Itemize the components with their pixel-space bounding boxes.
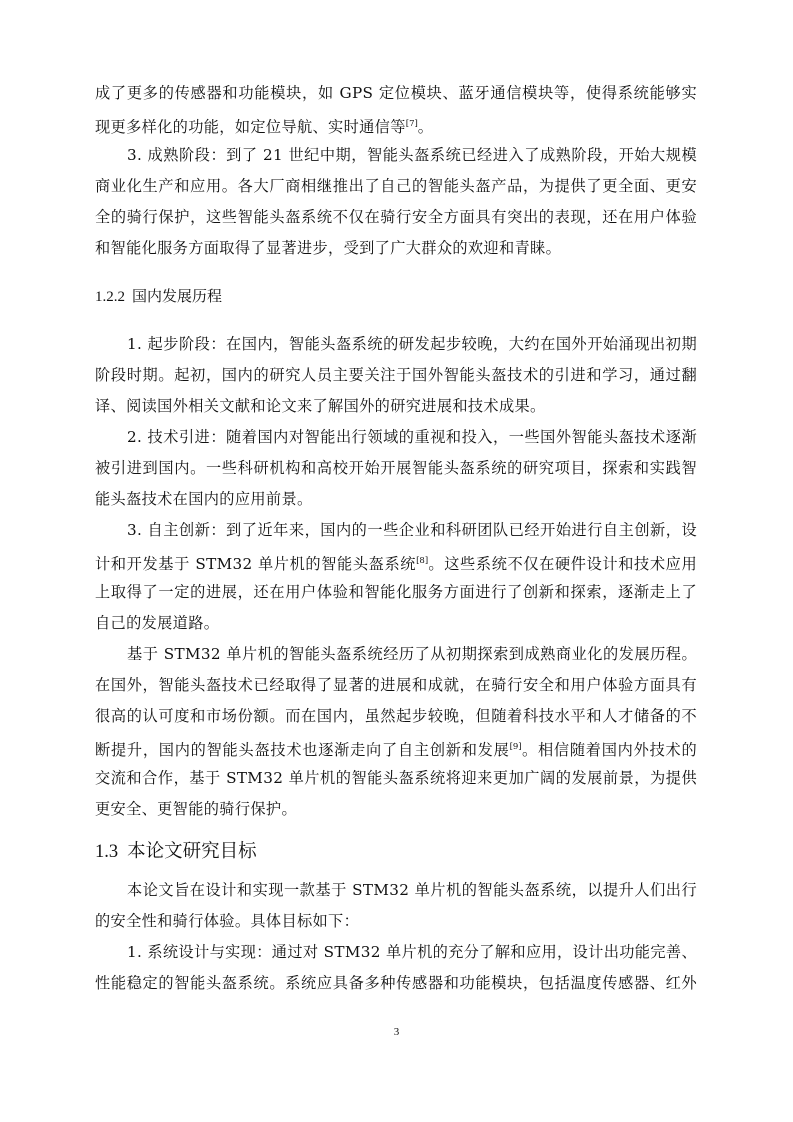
paragraph-line: 计和开发基于 STM32 单片机的智能头盔系统[8]。这些系统不仅在硬件设计和技… xyxy=(95,546,697,577)
paragraph-line: 在国外，智能头盔技术已经取得了显著的进展和成就，在骑行安全和用户体验方面具有 xyxy=(95,670,697,701)
paragraph-line: 和智能化服务方面取得了显著进步，受到了广大群众的欢迎和青睐。 xyxy=(95,233,697,264)
paragraph-line: 被引进到国内。一些科研机构和高校开始开展智能头盔系统的研究项目，探索和实践智 xyxy=(95,453,697,484)
paragraph-line: 全的骑行保护，这些智能头盔系统不仅在骑行安全方面具有突出的表现，还在用户体验 xyxy=(95,202,697,233)
section-heading-1-2-2: 1.2.2国内发展历程 xyxy=(95,284,222,309)
paragraph-line: 很高的认可度和市场份额。而在国内，虽然起步较晚，但随着科技水平和人才储备的不 xyxy=(95,701,697,732)
section-heading-1-3: 1.3本论文研究目标 xyxy=(95,838,257,866)
paragraph-line: 上取得了一定的进展，还在用户体验和智能化服务方面进行了创新和探索，逐渐走上了 xyxy=(95,577,697,608)
paragraph-line: 本论文旨在设计和实现一款基于 STM32 单片机的智能头盔系统，以提升人们出行 xyxy=(127,875,697,906)
section-number: 1.3 xyxy=(95,842,118,862)
text-run: 。 xyxy=(418,118,434,136)
citation-ref: [8] xyxy=(416,556,428,566)
paragraph-line: 交流和合作，基于 STM32 单片机的智能头盔系统将迎来更加广阔的发展前景，为提… xyxy=(95,763,697,794)
text-run: 。这些系统不仅在硬件设计和技术应用 xyxy=(428,555,697,573)
citation-ref: [9] xyxy=(510,742,522,752)
text-run: 。相信随着国内外技术的 xyxy=(522,741,697,759)
paragraph-line: 成了更多的传感器和功能模块，如 GPS 定位模块、蓝牙通信模块等，使得系统能够实 xyxy=(95,78,697,109)
text-run: 计和开发基于 STM32 单片机的智能头盔系统 xyxy=(95,555,416,573)
section-title: 国内发展历程 xyxy=(132,287,222,305)
paragraph-line: 基于 STM32 单片机的智能头盔系统经历了从初期探索到成熟商业化的发展历程。 xyxy=(127,639,697,670)
paragraph-line: 3. 成熟阶段：到了 21 世纪中期，智能头盔系统已经进入了成熟阶段，开始大规模 xyxy=(127,140,697,171)
paragraph-line: 商业化生产和应用。各大厂商相继推出了自己的智能头盔产品，为提供了更全面、更安 xyxy=(95,171,697,202)
paragraph-line: 能头盔技术在国内的应用前景。 xyxy=(95,484,697,515)
paragraph-line: 的安全性和骑行体验。具体目标如下： xyxy=(95,906,697,937)
section-number: 1.2.2 xyxy=(95,289,125,305)
section-title: 本论文研究目标 xyxy=(127,841,257,862)
paragraph-line: 译、阅读国外相关文献和论文来了解国外的研究进展和技术成果。 xyxy=(95,391,697,422)
paragraph-line: 1. 起步阶段：在国内，智能头盔系统的研发起步较晚，大约在国外开始涌现出初期 xyxy=(127,329,697,360)
paragraph-line: 阶段时期。起初，国内的研究人员主要关注于国外智能头盔技术的引进和学习，通过翻 xyxy=(95,360,697,391)
paragraph-line: 更安全、更智能的骑行保护。 xyxy=(95,794,697,825)
paragraph-line: 1. 系统设计与实现：通过对 STM32 单片机的充分了解和应用，设计出功能完善… xyxy=(127,937,697,968)
citation-ref: [7] xyxy=(406,119,418,129)
paragraph-line: 自己的发展道路。 xyxy=(95,608,697,639)
paragraph-line: 现更多样化的功能，如定位导航、实时通信等[7]。 xyxy=(95,109,697,140)
paragraph-line: 断提升，国内的智能头盔技术也逐渐走向了自主创新和发展[9]。相信随着国内外技术的 xyxy=(95,732,697,763)
paragraph-line: 性能稳定的智能头盔系统。系统应具备多种传感器和功能模块，包括温度传感器、红外 xyxy=(95,968,697,999)
text-run: 现更多样化的功能，如定位导航、实时通信等 xyxy=(95,118,406,136)
text-run: 断提升，国内的智能头盔技术也逐渐走向了自主创新和发展 xyxy=(95,741,510,759)
paragraph-line: 3. 自主创新：到了近年来，国内的一些企业和科研团队已经开始进行自主创新，设 xyxy=(127,515,697,546)
page-number: 3 xyxy=(0,1026,793,1038)
paragraph-line: 2. 技术引进：随着国内对智能出行领域的重视和投入，一些国外智能头盔技术逐渐 xyxy=(127,422,697,453)
document-page: 成了更多的传感器和功能模块，如 GPS 定位模块、蓝牙通信模块等，使得系统能够实… xyxy=(0,0,793,1122)
